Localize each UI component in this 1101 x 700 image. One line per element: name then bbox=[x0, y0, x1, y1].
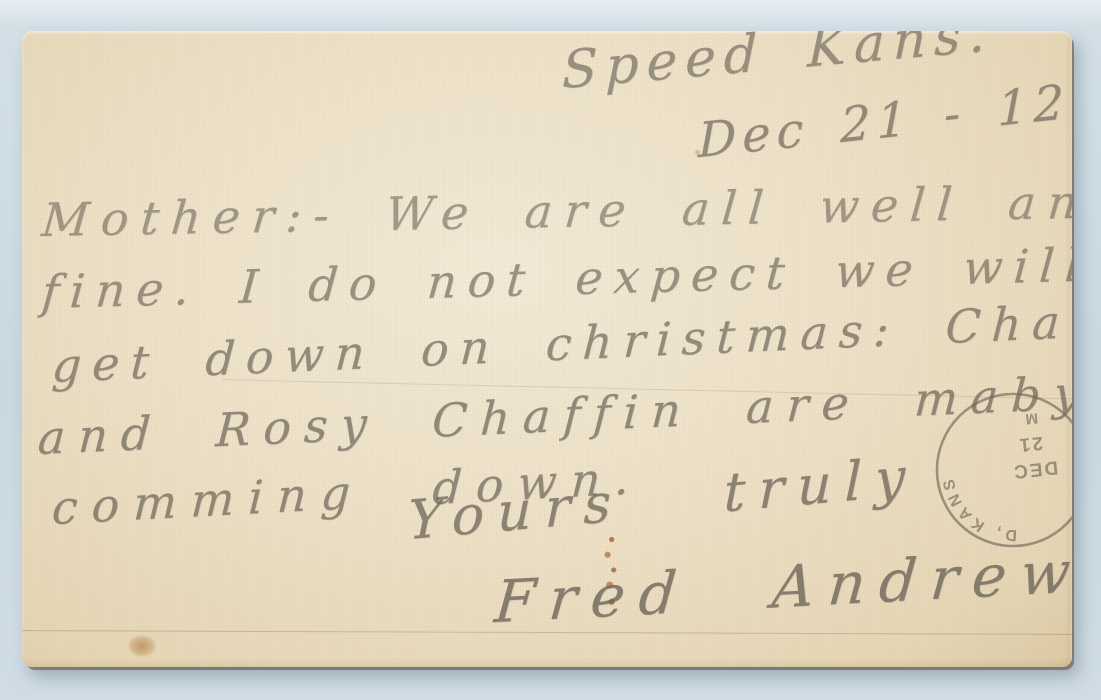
postcard: D, KANS DEC 21 M Speed Kans. Dec 21 - 12… bbox=[22, 31, 1072, 667]
signature: Fred Andrews bbox=[492, 535, 1072, 637]
message-line-1: Mother:- We are all well and bbox=[40, 174, 1072, 247]
scan-background: D, KANS DEC 21 M Speed Kans. Dec 21 - 12… bbox=[0, 0, 1101, 700]
postmark-day: 21 bbox=[1017, 432, 1044, 456]
dateline-date: Dec 21 - 12 bbox=[698, 74, 1070, 169]
postmark-month: DEC bbox=[1011, 456, 1059, 482]
corner-stain bbox=[128, 635, 156, 657]
